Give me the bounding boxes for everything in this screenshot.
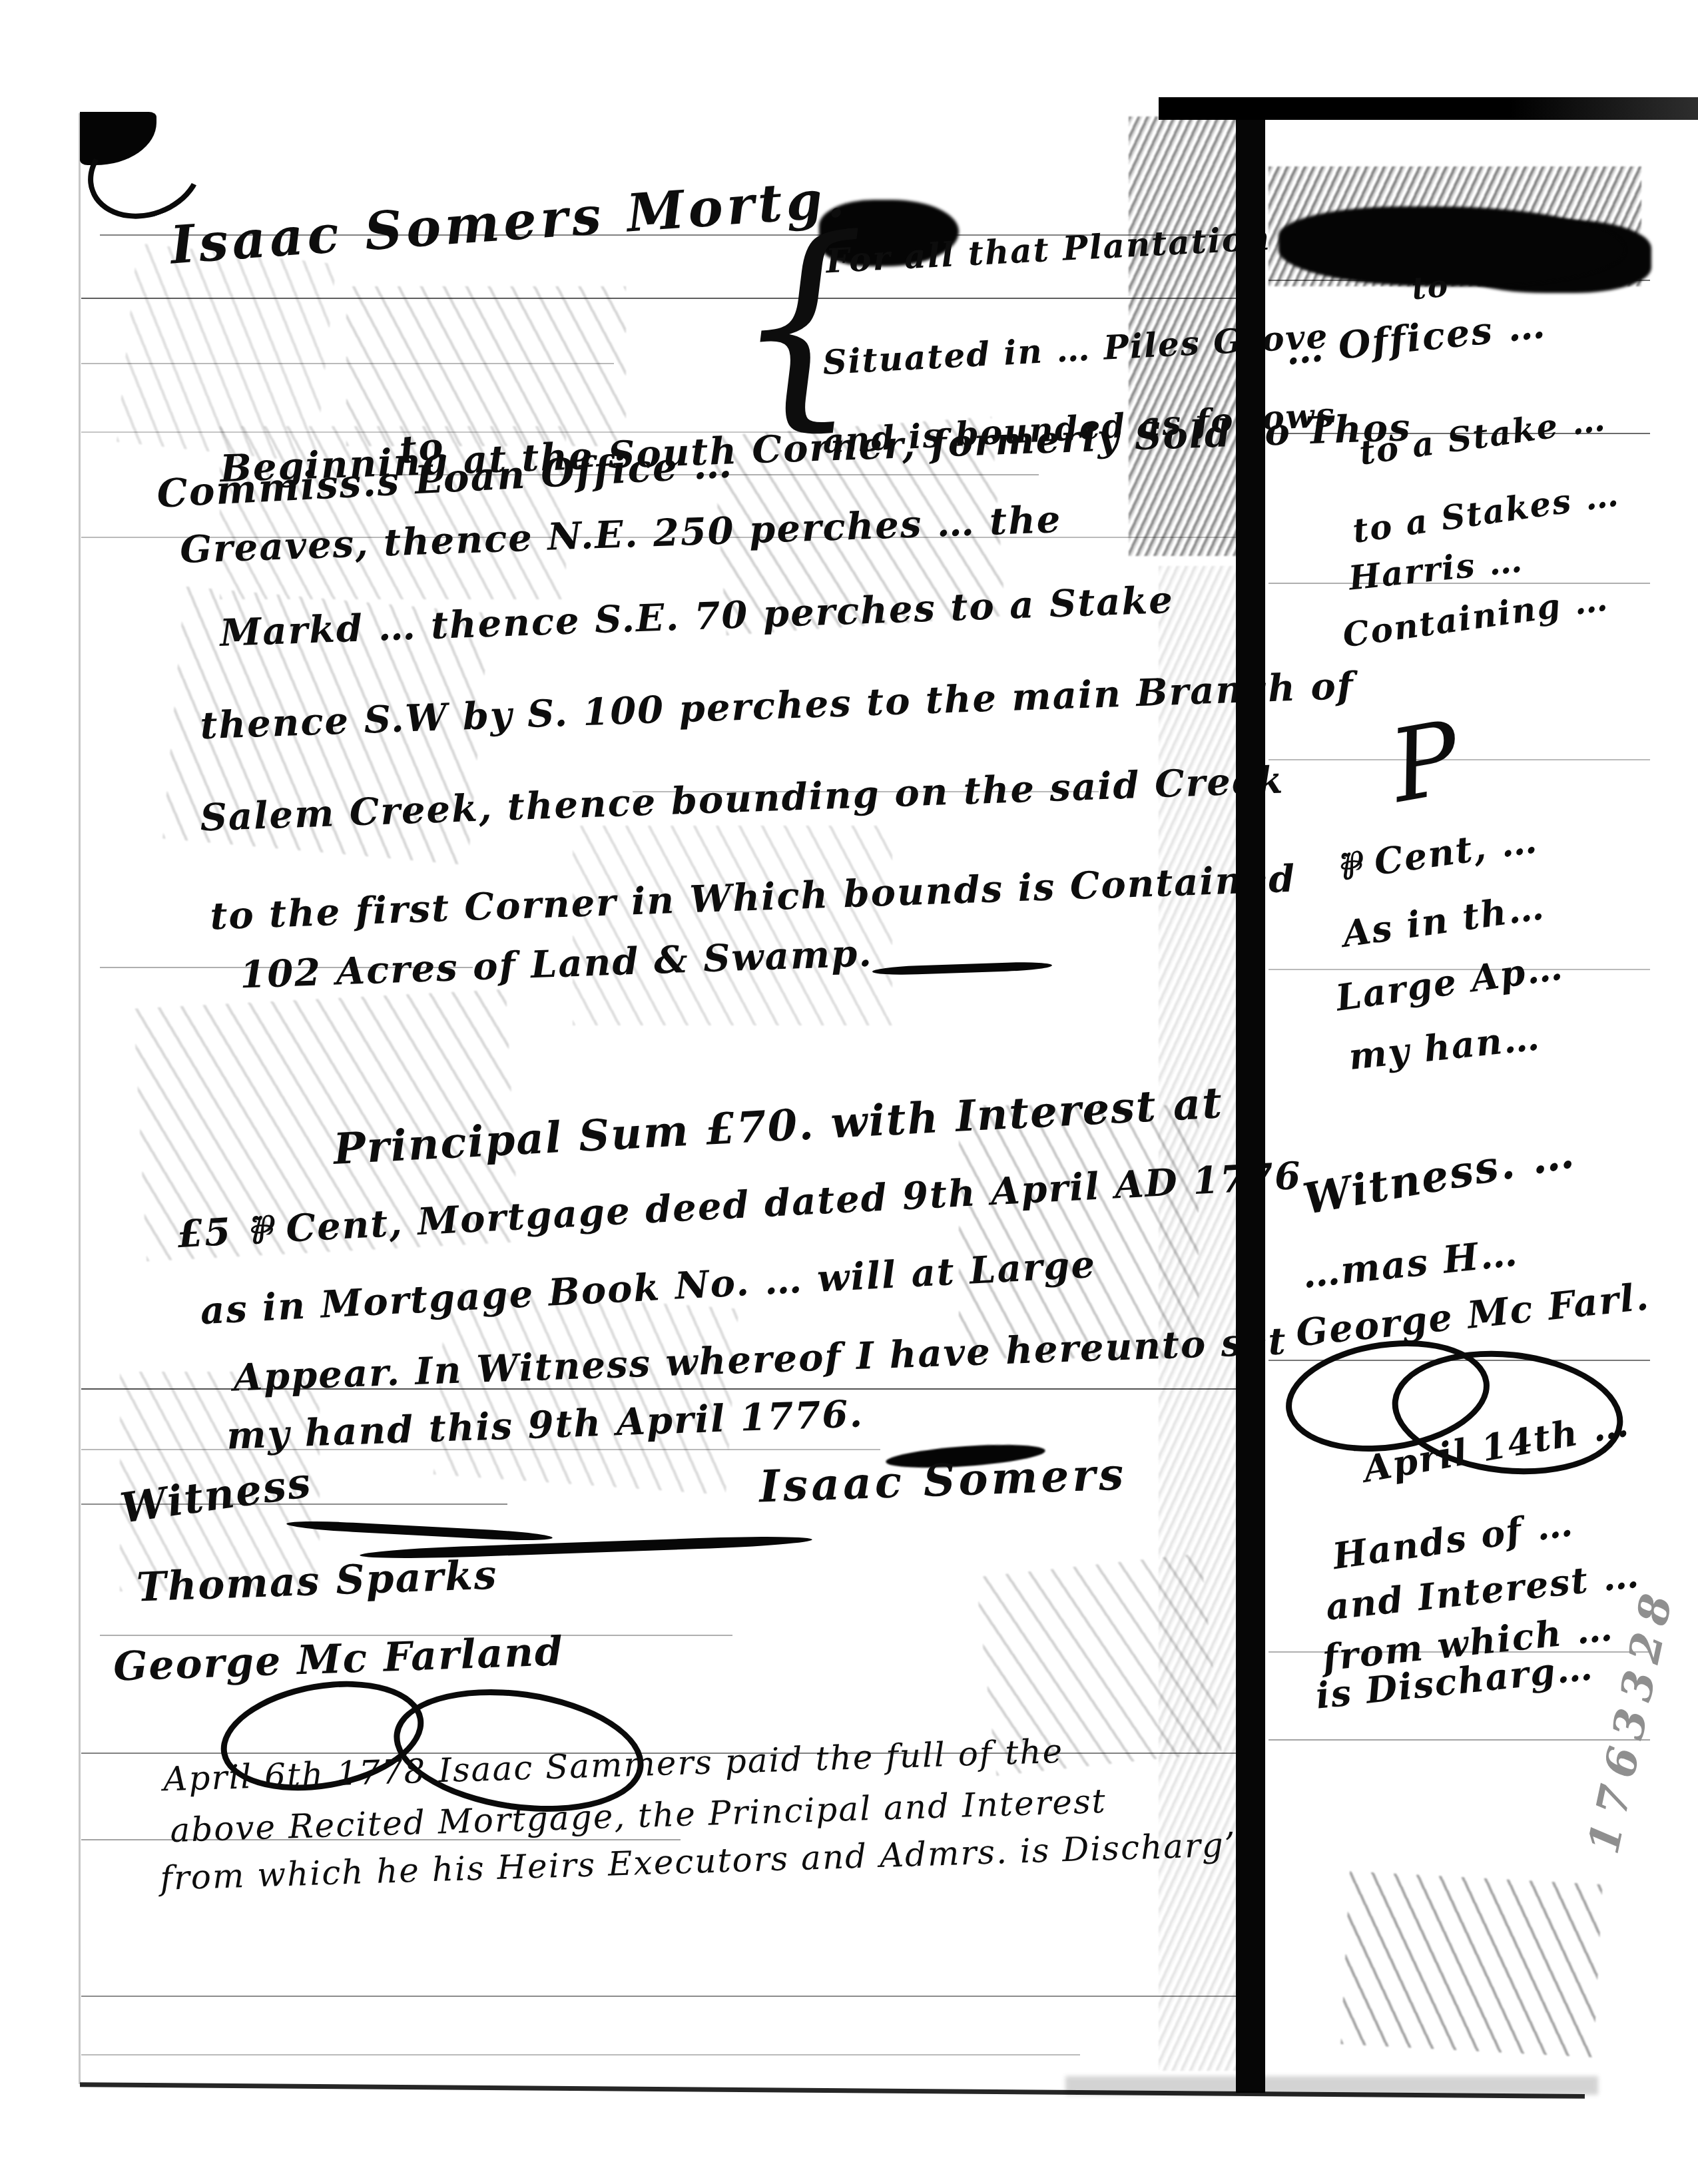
witness-signature: Thomas Sparks — [136, 1555, 498, 1608]
show-through-marks — [433, 1288, 738, 1495]
mortgagor-signature: Isaac Somers — [758, 1452, 1127, 1508]
closing-dash-stroke — [872, 961, 1052, 975]
ink-smudge — [1278, 206, 1625, 286]
fragment-line: …mas H… — [1300, 1234, 1520, 1294]
ruled-line — [81, 2054, 1080, 2055]
fragment-line: ⅌ Cent, … — [1334, 822, 1540, 886]
fragment-line: to — [1410, 270, 1450, 304]
fragment-line: to a Stakes … — [1350, 477, 1621, 548]
witness-signature: George Mc Farland — [113, 1631, 565, 1687]
fragment-line: Witness. … — [1300, 1132, 1578, 1222]
ruled-line — [81, 1996, 1237, 1997]
scan-top-shadow — [1159, 97, 1698, 120]
book-gutter-bar — [1236, 97, 1265, 2093]
show-through-marks — [346, 286, 626, 446]
fragment-line: my han… — [1347, 1019, 1542, 1075]
fragment-line: As in th… — [1340, 888, 1547, 952]
witness-dash-stroke — [286, 1519, 553, 1543]
fragment-line: P — [1384, 707, 1468, 818]
fragment-line: Harris … — [1347, 543, 1525, 595]
scanned-document-page: Isaac Somers Mortg. to Commiss.s Loan Of… — [0, 0, 1698, 2184]
principal-line: Appear. In Witness whereof I have hereun… — [233, 1322, 1288, 1396]
principal-line: my hand this 9th April 1776. — [226, 1395, 864, 1454]
fragment-line: Large Ap… — [1334, 948, 1565, 1015]
page-edge-line — [79, 113, 81, 2084]
show-through-marks — [573, 826, 892, 1025]
